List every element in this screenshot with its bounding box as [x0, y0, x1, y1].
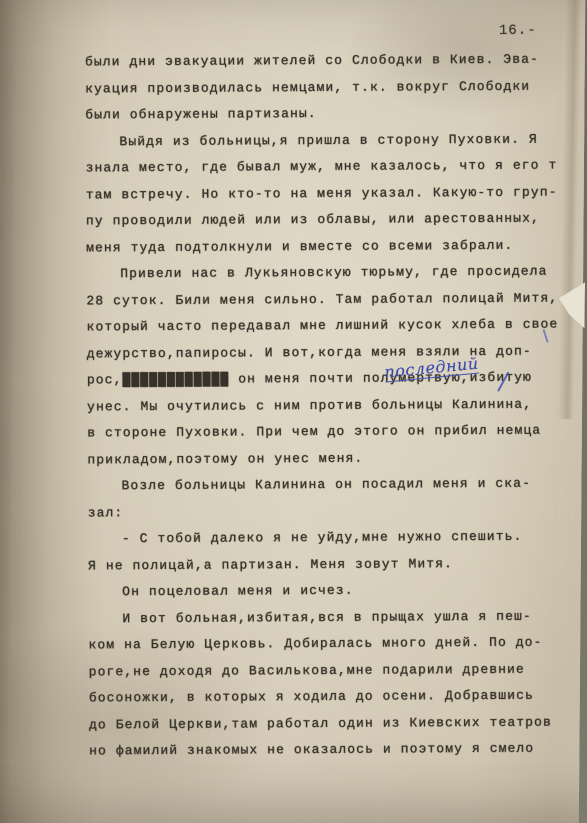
- text-line: там встречу. Но кто-то на меня указал. К…: [86, 179, 568, 208]
- text-line: Возле больницы Калинина он посадил меня …: [87, 470, 569, 499]
- text-line: 28 суток. Били меня сильно. Там работал …: [86, 285, 568, 314]
- text-line: дежурство,папиросы. И вот,когда меня взя…: [87, 338, 569, 367]
- text-line: до Белой Церкви,там работал один из Киев…: [89, 709, 571, 738]
- text-line: унес. Мы очутились с ним против больницы…: [87, 391, 569, 420]
- text-line: И вот больная,избитая,вся в прыщах ушла …: [88, 603, 570, 632]
- page-number: 16.-: [499, 23, 537, 39]
- text-line: меня туда подтолкнули и вместе со всеми …: [86, 232, 568, 261]
- paper-page: 16.- были дни эвакуации жителей со Слобо…: [0, 0, 585, 823]
- text-line: который часто передавал мне лишний кусок…: [86, 311, 568, 340]
- typed-text: были дни эвакуации жителей со Слободки в…: [85, 46, 571, 764]
- text-line: Привели нас в Лукьяновскую тюрьму, где п…: [86, 258, 568, 287]
- text-line: пу проводили людей или из облавы, или ар…: [86, 205, 568, 234]
- text-line: роге,не доходя до Василькова,мне подарил…: [89, 656, 571, 685]
- text-line: - С тобой далеко я не уйду,мне нужно спе…: [88, 523, 570, 552]
- text-line: зал:: [88, 497, 570, 526]
- text-line: босоножки, в которых я ходила до осени. …: [89, 682, 571, 711]
- text-line: но фамилий знакомых не оказалось и поэто…: [89, 735, 571, 764]
- text-line: Я не полицай,а партизан. Меня зовут Митя…: [88, 550, 570, 579]
- text-line: были обнаружены партизаны.: [85, 99, 567, 128]
- text-line: знала место, где бывал муж, мне казалось…: [85, 152, 567, 181]
- text-line: Выйдя из больницы,я пришла в сторону Пух…: [85, 126, 567, 155]
- text-line: прикладом,поэтому он унес меня.: [87, 444, 569, 473]
- text-line: куация производилась немцами, т.к. вокру…: [85, 73, 567, 102]
- text-line: Он поцеловал меня и исчез.: [88, 576, 570, 605]
- text-line: были дни эвакуации жителей со Слободки в…: [85, 46, 567, 75]
- text-line: в стороне Пуховки. При чем до этого он п…: [87, 417, 569, 446]
- text-line: ком на Белую Церковь. Добиралась много д…: [88, 629, 570, 658]
